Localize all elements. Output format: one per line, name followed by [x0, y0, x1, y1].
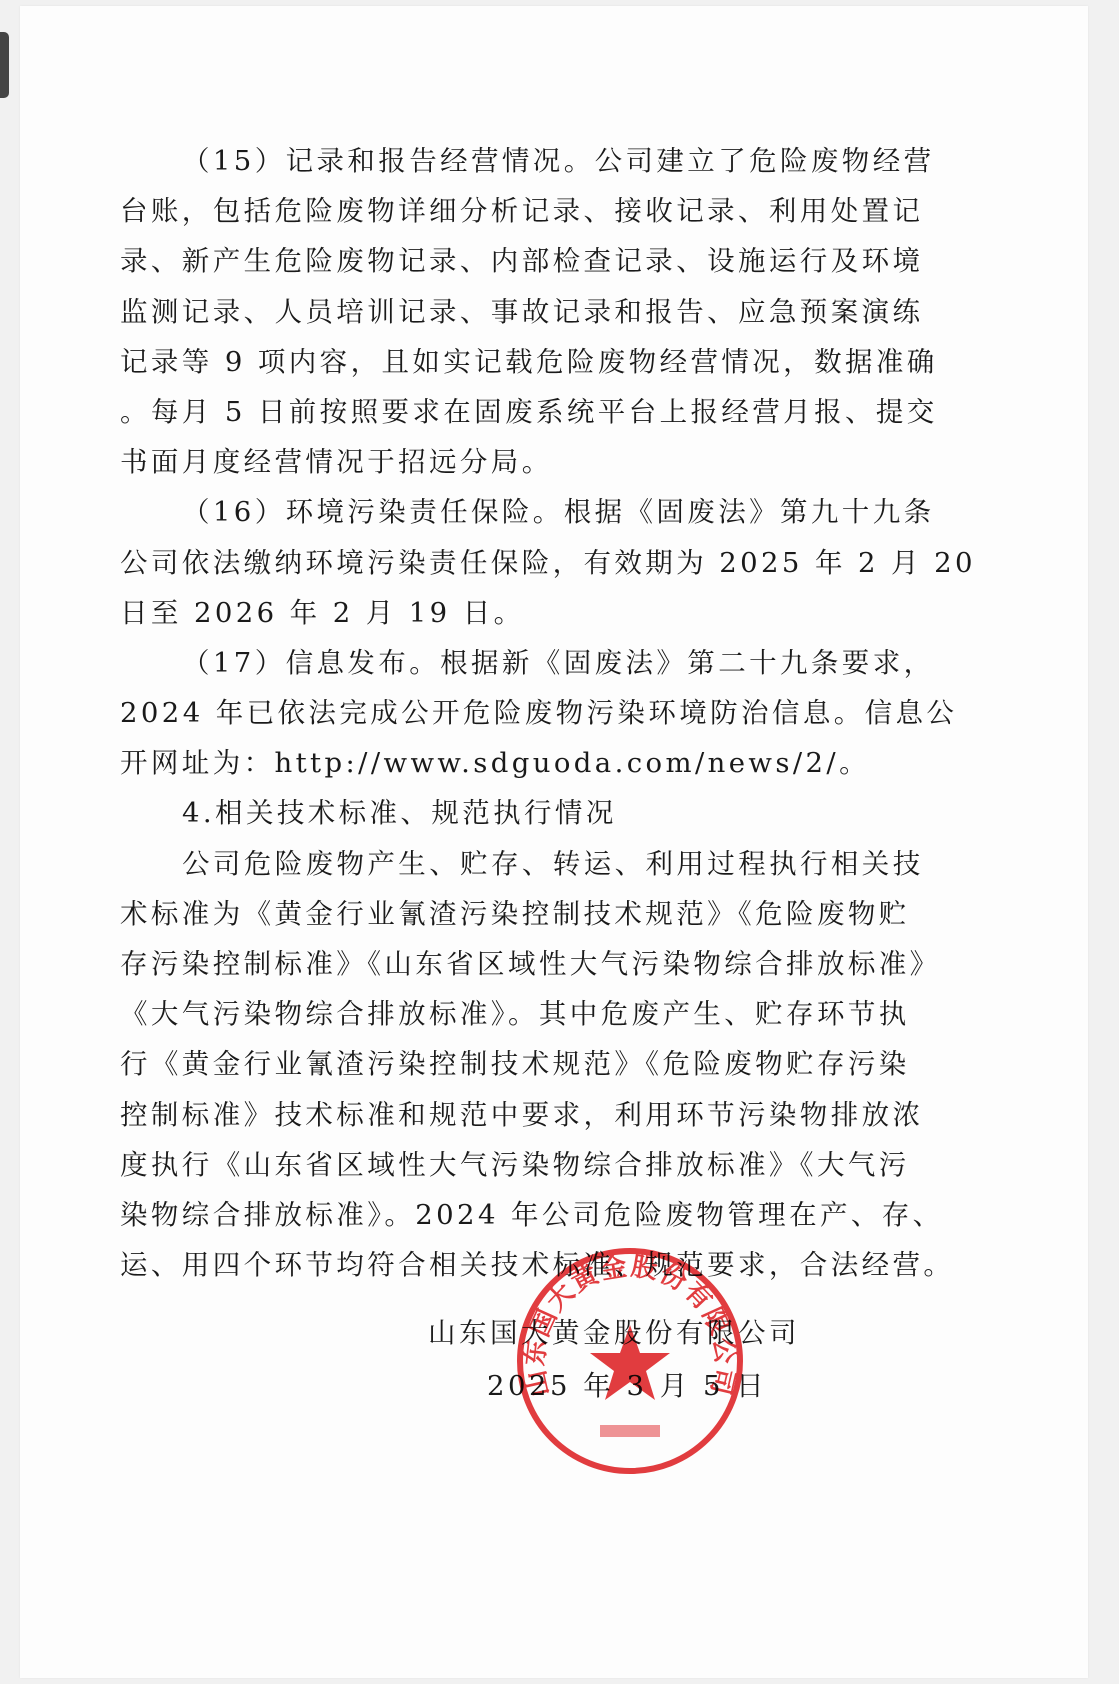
paragraph-line: 染物综合排放标准》。2024 年公司危险废物管理在产、存、: [120, 1190, 900, 1240]
paragraph-line: （15）记录和报告经营情况。公司建立了危险废物经营: [120, 136, 900, 186]
paragraph-line: 行《黄金行业氰渣污染控制技术规范》《危险废物贮存污染: [120, 1039, 900, 1089]
paragraph-line: 公司危险废物产生、贮存、转运、利用过程执行相关技: [120, 839, 900, 889]
paragraph-line: 书面月度经营情况于招远分局。: [120, 437, 900, 487]
paragraph-line: 。每月 5 日前按照要求在固废系统平台上报经营月报、提交: [120, 387, 900, 437]
signature-company: 山东国大黄金股份有限公司: [428, 1310, 800, 1350]
paragraph-line: 监测记录、人员培训记录、事故记录和报告、应急预案演练: [120, 287, 900, 337]
paragraph-line: 公司依法缴纳环境污染责任保险，有效期为 2025 年 2 月 20: [120, 538, 900, 588]
paragraph-line: 2024 年已依法完成公开危险废物污染环境防治信息。信息公: [120, 688, 900, 738]
paragraph-line: 录、新产生危险废物记录、内部检查记录、设施运行及环境: [120, 236, 900, 286]
paragraph-line: 度执行《山东省区域性大气污染物综合排放标准》《大气污: [120, 1140, 900, 1190]
paragraph-line: 开网址为：http://www.sdguoda.com/news/2/。: [120, 738, 900, 788]
paragraph-line: 术标准为《黄金行业氰渣污染控制技术规范》《危险废物贮: [120, 889, 900, 939]
paragraph-line: 控制标准》技术标准和规范中要求，利用环节污染物排放浓: [120, 1090, 900, 1140]
paragraph-line: 《大气污染物综合排放标准》。其中危废产生、贮存环节执: [120, 989, 900, 1039]
document-body: （15）记录和报告经营情况。公司建立了危险废物经营 台账，包括危险废物详细分析记…: [120, 136, 900, 1290]
section-heading: 4.相关技术标准、规范执行情况: [120, 788, 900, 838]
paragraph-line: 记录等 9 项内容，且如实记载危险废物经营情况，数据准确: [120, 337, 900, 387]
paragraph-line: （17）信息发布。根据新《固废法》第二十九条要求，: [120, 638, 900, 688]
paragraph-line: 台账，包括危险废物详细分析记录、接收记录、利用处置记: [120, 186, 900, 236]
side-pull-tab[interactable]: [0, 32, 9, 98]
paragraph-line: 运、用四个环节均符合相关技术标准、规范要求，合法经营。: [120, 1240, 900, 1290]
paragraph-line: （16）环境污染责任保险。根据《固废法》第九十九条: [120, 487, 900, 537]
paragraph-line: 存污染控制标准》《山东省区域性大气污染物综合排放标准》: [120, 939, 900, 989]
signature-date: 2025 年 3 月 5 日: [487, 1363, 767, 1403]
paragraph-line: 日至 2026 年 2 月 19 日。: [120, 588, 900, 638]
